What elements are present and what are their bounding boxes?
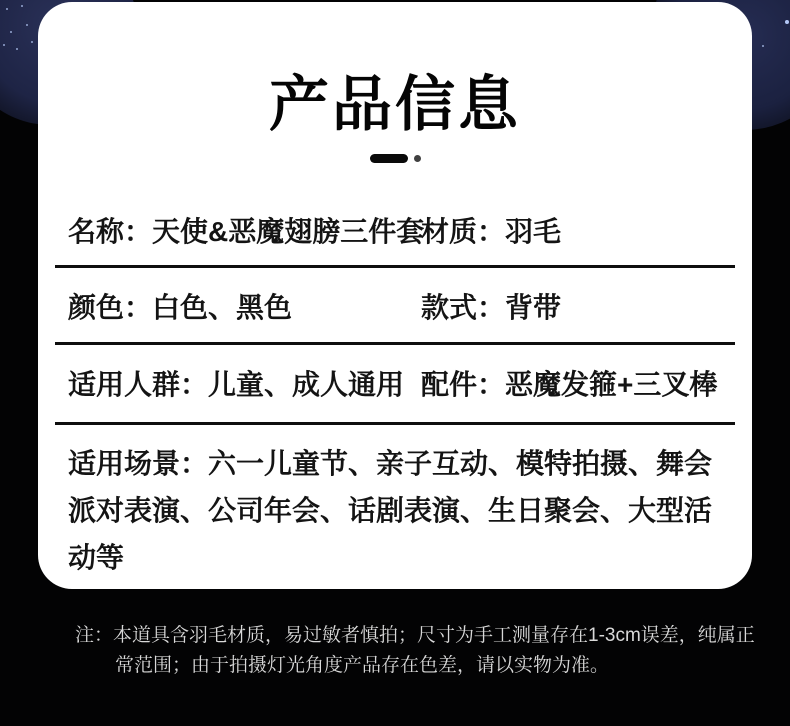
accessory-label: 配件： (421, 369, 505, 400)
star-dot (6, 8, 8, 10)
star-dot (762, 45, 764, 47)
scenes-label: 适用场景： (68, 448, 208, 479)
accessory-value: 恶魔发箍+三叉棒 (505, 369, 717, 400)
audience-pair: 适用人群：儿童、成人通用 (68, 365, 421, 405)
note-text: 注：本道具含羽毛材质，易过敏者慎拍；尺寸为手工测量存在1-3cm误差，纯属正常范… (75, 621, 755, 681)
star-dot (31, 41, 33, 43)
material-pair: 材质：羽毛 (421, 212, 722, 252)
accessory-pair: 配件：恶魔发箍+三叉棒 (421, 365, 722, 405)
note-prefix: 注： (75, 625, 113, 646)
info-row-name-material: 名称：天使&恶魔翅膀三件套 材质：羽毛 (38, 212, 752, 252)
info-row-scenes: 适用场景：六一儿童节、亲子互动、模特拍摄、舞会派对表演、公司年会、话剧表演、生日… (38, 440, 752, 581)
color-label: 颜色： (68, 292, 152, 323)
star-dot (16, 48, 18, 50)
star-dot (785, 20, 789, 24)
style-pair: 款式：背带 (421, 288, 722, 328)
title-underline (38, 152, 752, 164)
product-info-card: 产品信息 名称：天使&恶魔翅膀三件套 材质：羽毛 颜色：白色、黑色 款式：背带 (38, 2, 752, 589)
star-dot (3, 44, 5, 46)
page-title: 产品信息 (38, 73, 752, 137)
note-body: 本道具含羽毛材质，易过敏者慎拍；尺寸为手工测量存在1-3cm误差，纯属正常范围；… (113, 625, 755, 676)
color-pair: 颜色：白色、黑色 (68, 288, 421, 328)
row-divider (55, 265, 735, 268)
material-label: 材质： (421, 216, 505, 247)
audience-label: 适用人群： (68, 369, 208, 400)
style-value: 背带 (505, 292, 561, 323)
star-dot (26, 24, 28, 26)
row-divider (55, 342, 735, 345)
name-label: 名称： (68, 216, 152, 247)
color-value: 白色、黑色 (152, 292, 292, 323)
page-background: 产品信息 名称：天使&恶魔翅膀三件套 材质：羽毛 颜色：白色、黑色 款式：背带 (0, 0, 790, 726)
info-row-color-style: 颜色：白色、黑色 款式：背带 (38, 288, 752, 328)
title-underline-dot (414, 155, 421, 162)
name-pair: 名称：天使&恶魔翅膀三件套 (68, 212, 421, 252)
star-dot (21, 5, 23, 7)
title-underline-dash (370, 154, 408, 163)
star-dot (10, 31, 12, 33)
style-label: 款式： (421, 292, 505, 323)
row-divider (55, 422, 735, 425)
material-value: 羽毛 (505, 216, 561, 247)
audience-value: 儿童、成人通用 (208, 369, 404, 400)
name-value: 天使&恶魔翅膀三件套 (152, 216, 424, 247)
info-row-audience-accessory: 适用人群：儿童、成人通用 配件：恶魔发箍+三叉棒 (38, 365, 752, 405)
